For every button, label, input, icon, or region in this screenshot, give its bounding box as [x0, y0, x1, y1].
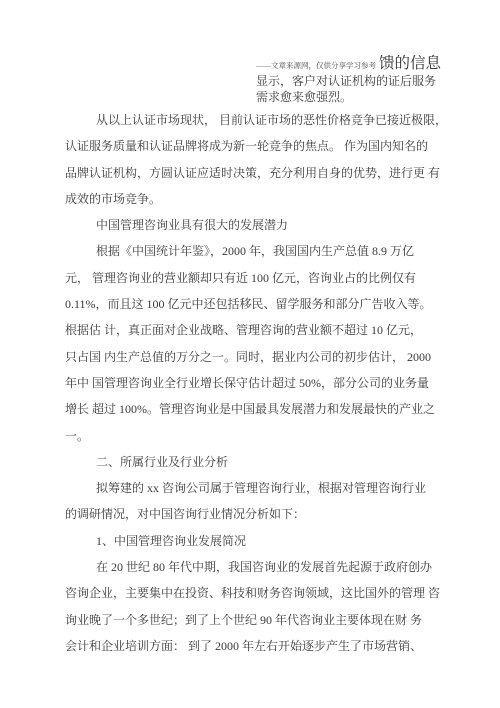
document-page: ——文章来源网，仅供分享学习参考 馈的信息 显示，客户对认证机构的证后服务 需求…: [0, 0, 500, 708]
body-text-line: 1、中国管理咨询业发展简况: [65, 528, 437, 554]
body-text-line: 的调研情况，对中国咨询行业情况分析如下：: [65, 501, 437, 527]
body-text-line: 拟筹建的 xx 咨询公司属于管理咨询行业，根据对管理咨询行业: [65, 475, 437, 501]
body-text-column: 从以上认证市场现状， 目前认证市场的恶性价格竞争已接近极限，认证服务质量和认证品…: [65, 107, 437, 659]
body-text-line: 中国管理咨询业具有很大的发展潜力: [65, 212, 437, 238]
body-text-line: 从以上认证市场现状， 目前认证市场的恶性价格竞争已接近极限，: [65, 107, 437, 133]
intro-fragment-lead: 馈的信息: [379, 55, 441, 72]
body-text-line: 二、所属行业及行业分析: [65, 449, 437, 475]
intro-fragment-block: ——文章来源网，仅供分享学习参考 馈的信息 显示，客户对认证机构的证后服务 需求…: [256, 56, 452, 105]
intro-fragment-line: 需求愈来愈强烈。: [256, 90, 452, 106]
body-text-line: 年中 国管理咨询业全行业增长保守估计超过 50%，部分公司的业务量: [65, 370, 437, 396]
body-text-line: 只占国 内生产总值的万分之一。同时，据业内公司的初步估计， 2000: [65, 344, 437, 370]
body-text-line: 成效的市场竞争。: [65, 186, 437, 212]
body-text-line: 一。: [65, 423, 437, 449]
body-text-line: 品牌认证机构，方圆认证应适时决策，充分利用自身的优势，进行更 有: [65, 160, 437, 186]
intro-fragment-line: ——文章来源网，仅供分享学习参考 馈的信息: [256, 56, 452, 74]
body-text-line: 会计和企业培训方面： 到了 2000 年左右开始逐步产生了市场营销、: [65, 633, 437, 659]
body-text-line: 认证服务质量和认证品牌将成为新一轮竞争的焦点。 作为国内知名的: [65, 133, 437, 159]
body-text-line: 在 20 世纪 80 年代中期，我国咨询业的发展首先起源于政府创办: [65, 554, 437, 580]
body-text-line: 元， 管理咨询业的营业额却只有近 100 亿元，咨询业占的比例仅有: [65, 265, 437, 291]
body-text-line: 询业晚了一个多世纪；到了上个世纪 90 年代咨询业主要体现在财 务: [65, 607, 437, 633]
body-text-line: 增长 超过 100%。管理咨询业是中国最具发展潜力和发展最快的产业之: [65, 396, 437, 422]
body-text-line: 根据《中国统计年鉴》，2000 年，我国国内生产总值 8.9 万亿: [65, 238, 437, 264]
body-text-line: 根据估 计，真正面对企业战略、管理咨询的营业额不超过 10 亿元，: [65, 317, 437, 343]
intro-fragment-line: 显示，客户对认证机构的证后服务: [256, 74, 452, 90]
body-text-line: 0.11%，而且这 100 亿元中还包括移民、留学服务和部分广告收入等。: [65, 291, 437, 317]
source-note-text: ——文章来源网，仅供分享学习参考: [256, 61, 376, 70]
body-text-line: 咨询企业，主要集中在投资、科技和财务咨询领域，这比国外的管理 咨: [65, 580, 437, 606]
